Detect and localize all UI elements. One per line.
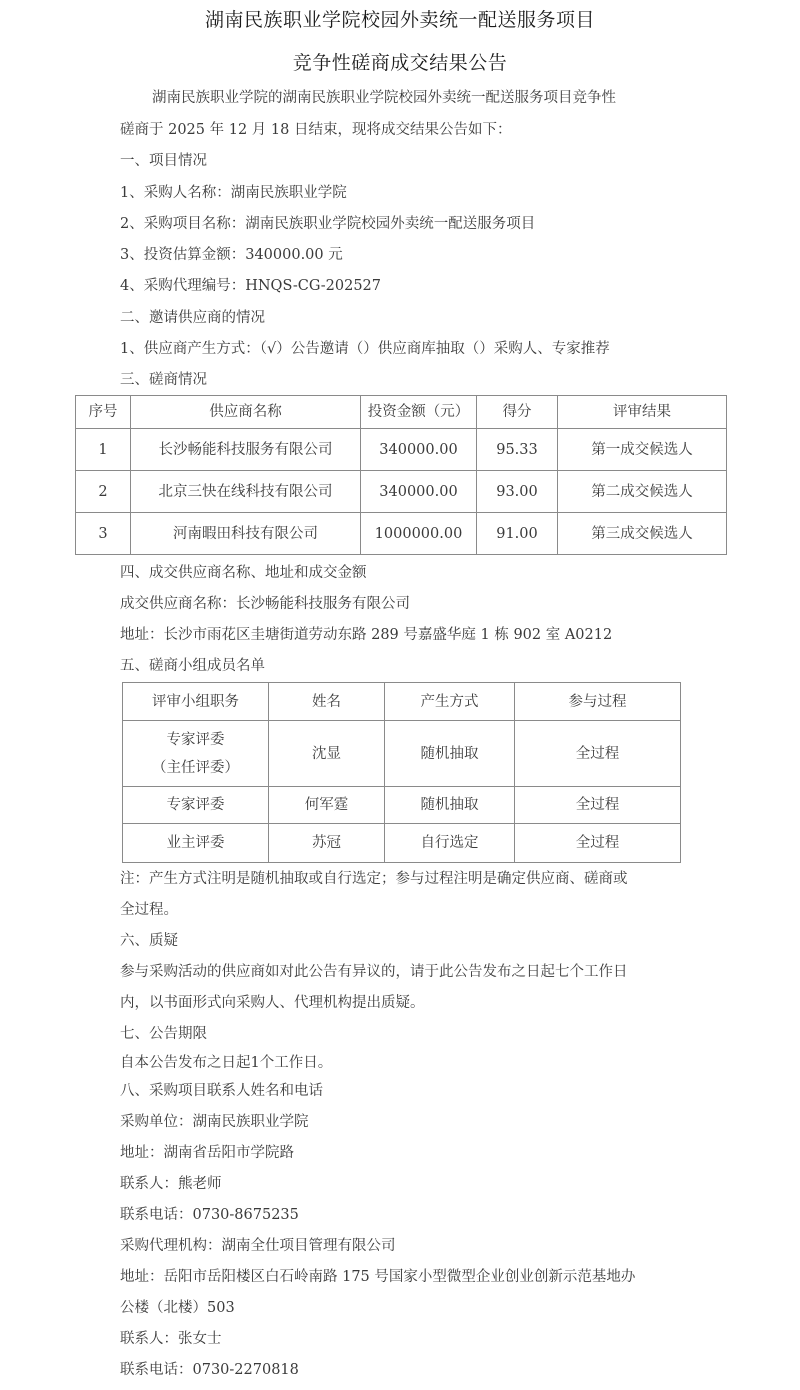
section2-heading: 二、邀请供应商的情况 [120,308,265,328]
agency-address-line2: 公楼（北楼）503 [120,1298,235,1318]
winning-supplier-address: 地址：长沙市雨花区圭塘街道劳动东路 289 号嘉盛华庭 1 栋 902 室 A0… [120,625,612,645]
header-amount: 投资金额（元） [361,396,477,429]
project-name: 2、采购项目名称：湖南民族职业学院校园外卖统一配送服务项目 [120,214,535,234]
purchaser-name: 1、采购人名称：湖南民族职业学院 [120,183,347,203]
cell-result: 第一成交候选人 [558,429,727,471]
table-row: 业主评委 苏冠 自行选定 全过程 [123,824,681,863]
cell-score: 95.33 [477,429,558,471]
cell-participation: 全过程 [515,787,681,824]
cell-name: 苏冠 [269,824,385,863]
cell-selection-method: 随机抽取 [385,721,515,787]
document-title-line1: 湖南民族职业学院校园外卖统一配送服务项目 [0,5,800,32]
header-selection-method: 产生方式 [385,683,515,721]
cell-role: 专家评委 [123,787,269,824]
cell-participation: 全过程 [515,824,681,863]
note-line2: 全过程。 [120,900,178,920]
header-role: 评审小组职务 [123,683,269,721]
cell-result: 第二成交候选人 [558,471,727,513]
cell-participation: 全过程 [515,721,681,787]
table-row: 专家评委 （主任评委） 沈显 随机抽取 全过程 [123,721,681,787]
objection-text-line1: 参与采购活动的供应商如对此公告有异议的，请于此公告发布之日起七个工作日 [120,962,628,982]
cell-name: 沈显 [269,721,385,787]
purchaser-contact: 联系人：熊老师 [120,1174,222,1194]
document-title-line2: 竞争性磋商成交结果公告 [0,48,800,75]
announcement-period: 自本公告发布之日起1个工作日。 [120,1053,332,1073]
cell-supplier-name: 长沙畅能科技服务有限公司 [131,429,361,471]
intro-paragraph-line2: 磋商于 2025 年 12 月 18 日结束，现将成交结果公告如下： [120,120,511,140]
table-header-row: 评审小组职务 姓名 产生方式 参与过程 [123,683,681,721]
purchaser-unit: 采购单位：湖南民族职业学院 [120,1112,309,1132]
cell-score: 91.00 [477,513,558,555]
header-supplier-name: 供应商名称 [131,396,361,429]
header-index: 序号 [76,396,131,429]
purchaser-address: 地址：湖南省岳阳市学院路 [120,1143,294,1163]
cell-index: 1 [76,429,131,471]
table-row: 2 北京三快在线科技有限公司 340000.00 93.00 第二成交候选人 [76,471,727,513]
header-result: 评审结果 [558,396,727,429]
cell-result: 第三成交候选人 [558,513,727,555]
cell-role: 业主评委 [123,824,269,863]
cell-name: 何军霆 [269,787,385,824]
table-row: 1 长沙畅能科技服务有限公司 340000.00 95.33 第一成交候选人 [76,429,727,471]
agency-address-line1: 地址：岳阳市岳阳楼区白石岭南路 175 号国家小型微型企业创业创新示范基地办 [120,1267,635,1287]
cell-amount: 1000000.00 [361,513,477,555]
note-line1: 注：产生方式注明是随机抽取或自行选定；参与过程注明是确定供应商、磋商或 [120,869,628,889]
cell-amount: 340000.00 [361,471,477,513]
table-header-row: 序号 供应商名称 投资金额（元） 得分 评审结果 [76,396,727,429]
header-name: 姓名 [269,683,385,721]
cell-supplier-name: 河南暇田科技有限公司 [131,513,361,555]
cell-index: 2 [76,471,131,513]
panel-members-table: 评审小组职务 姓名 产生方式 参与过程 专家评委 （主任评委） 沈显 随机抽取 … [122,682,681,863]
section6-heading: 六、质疑 [120,931,178,951]
agency-contact: 联系人：张女士 [120,1329,222,1349]
agency-name: 采购代理机构：湖南全仕项目管理有限公司 [120,1236,396,1256]
cell-supplier-name: 北京三快在线科技有限公司 [131,471,361,513]
section8-heading: 八、采购项目联系人姓名和电话 [120,1081,323,1101]
header-participation: 参与过程 [515,683,681,721]
cell-amount: 340000.00 [361,429,477,471]
cell-role-line1: 专家评委 [123,726,268,754]
winning-supplier-name: 成交供应商名称：长沙畅能科技服务有限公司 [120,594,410,614]
cell-selection-method: 随机抽取 [385,787,515,824]
agency-phone: 联系电话：0730-2270818 [120,1360,299,1380]
objection-text-line2: 内，以书面形式向采购人、代理机构提出质疑。 [120,993,425,1013]
section3-heading: 三、磋商情况 [120,370,207,390]
cell-role: 专家评委 （主任评委） [123,721,269,787]
agency-code: 4、采购代理编号：HNQS-CG-202527 [120,276,381,296]
cell-selection-method: 自行选定 [385,824,515,863]
section7-heading: 七、公告期限 [120,1024,207,1044]
section1-heading: 一、项目情况 [120,151,207,171]
investment-estimate: 3、投资估算金额：340000.00 元 [120,245,343,265]
cell-role-line2: （主任评委） [123,754,268,782]
section5-heading: 五、磋商小组成员名单 [120,656,265,676]
header-score: 得分 [477,396,558,429]
cell-index: 3 [76,513,131,555]
negotiation-results-table: 序号 供应商名称 投资金额（元） 得分 评审结果 1 长沙畅能科技服务有限公司 … [75,395,727,555]
section4-heading: 四、成交供应商名称、地址和成交金额 [120,563,367,583]
supplier-selection-method: 1、供应商产生方式：（√）公告邀请（）供应商库抽取（）采购人、专家推荐 [120,339,610,359]
table-row: 专家评委 何军霆 随机抽取 全过程 [123,787,681,824]
purchaser-phone: 联系电话：0730-8675235 [120,1205,299,1225]
intro-paragraph-line1: 湖南民族职业学院的湖南民族职业学院校园外卖统一配送服务项目竞争性 [152,88,616,108]
cell-score: 93.00 [477,471,558,513]
table-row: 3 河南暇田科技有限公司 1000000.00 91.00 第三成交候选人 [76,513,727,555]
